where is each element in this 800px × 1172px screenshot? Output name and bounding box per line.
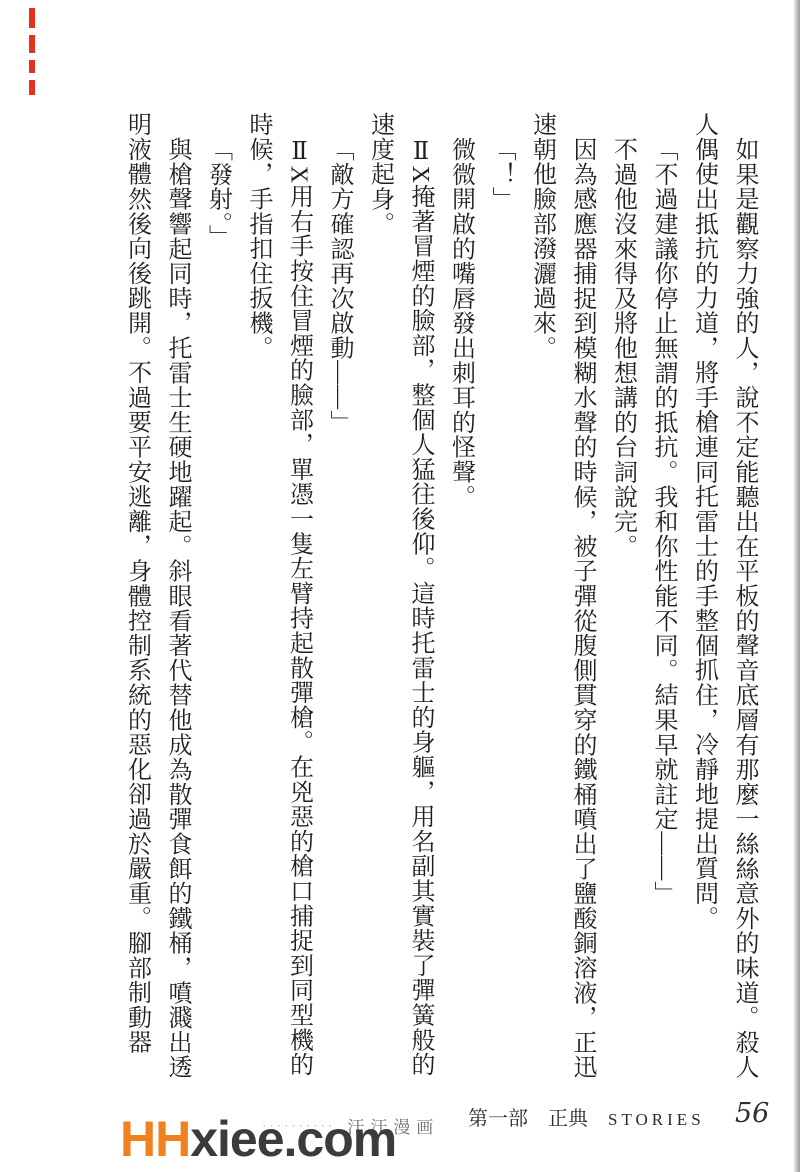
watermark-brand: HHxiee.com [120,1113,396,1166]
scanned-novel-page: 如果是觀察力強的人，說不定能聽出在平板的聲音底層有那麼一絲絲意外的味道。殺人人偶… [0,0,800,1172]
paragraph: 與槍聲響起同時，托雷士生硬地躍起。斜眼看著代替他成為散彈食餌的鐵桶，噴濺出透明液… [116,112,197,1080]
paragraph: 「不過建議你停止無謂的抵抗。我和你性能不同。結果早就註定——」 [643,112,684,1080]
part-label: 第一部 [468,1108,528,1130]
canon-label: 正典 [548,1108,588,1130]
red-margin-marks [29,8,35,102]
red-mark [29,80,35,95]
scan-edge-shadow [794,0,800,1172]
paragraph: 「發射。」 [197,112,238,1080]
brand-domain: xiee.com [190,1111,396,1167]
paragraph: 因為感應器捕捉到模糊水聲的時候，被子彈從腹側貫穿的鐵桶噴出了鹽酸銅溶液，正迅速朝… [521,112,602,1080]
page-number: 56 [735,1098,769,1129]
red-mark [29,35,35,53]
novel-text-block: 如果是觀察力強的人，說不定能聽出在平板的聲音底層有那麼一絲絲意外的味道。殺人人偶… [116,112,764,1080]
stories-label: STORIES [608,1110,705,1129]
paragraph: ⅡX用右手按住冒煙的臉部，單憑一隻左臂持起散彈槍。在兇惡的槍口捕捉到同型機的時候… [238,112,319,1080]
paragraph: 「敵方確認再次啟動——」 [319,112,360,1080]
red-mark [29,60,35,73]
paragraph: 微微開啟的嘴唇發出刺耳的怪聲。 [440,112,481,1080]
red-mark [29,8,35,28]
paragraph: ⅡX掩著冒煙的臉部，整個人猛往後仰。這時托雷士的身軀，用名副其實裝了彈簧般的速度… [359,112,440,1080]
footer-chapter-line: 第一部正典STORIES [468,1102,705,1131]
paragraph: 不過他沒來得及將他想講的台詞說完。 [602,112,643,1080]
paragraph: 如果是觀察力強的人，說不定能聽出在平板的聲音底層有那麼一絲絲意外的味道。殺人人偶… [683,112,764,1080]
brand-prefix: HH [120,1111,190,1167]
paragraph: 「！」 [481,112,522,1080]
